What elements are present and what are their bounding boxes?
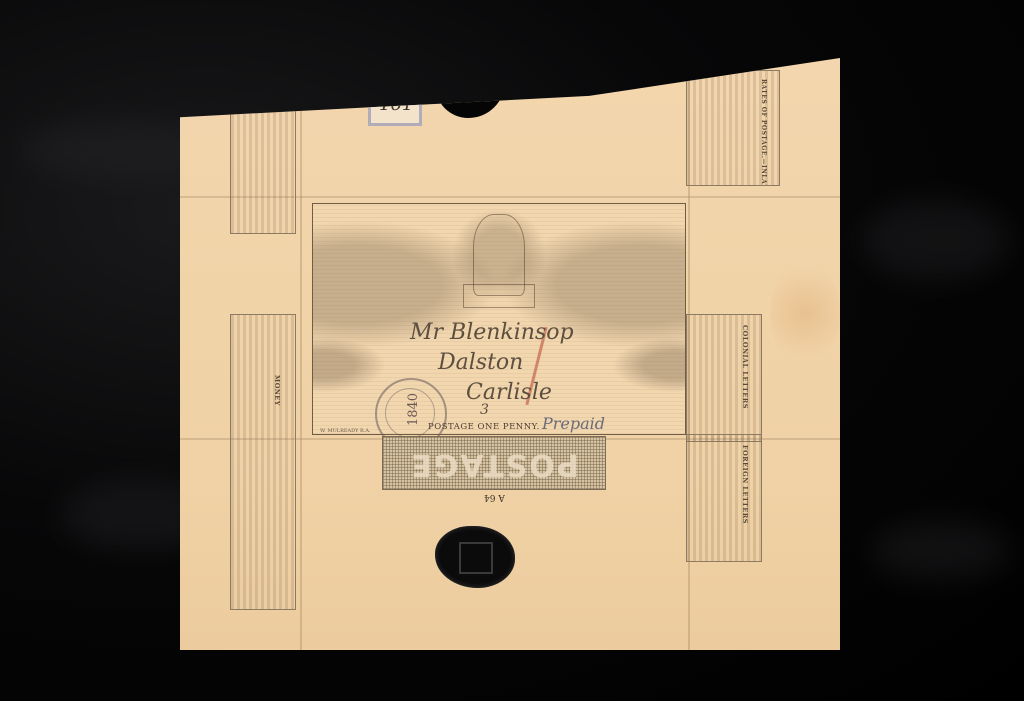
panel-heading: MONEY	[273, 375, 281, 406]
panel-heading: COLONIAL LETTERS	[741, 325, 749, 409]
side-panel-money: MONEY	[230, 314, 296, 610]
catalog-number: 161	[379, 94, 413, 115]
foxing-stain	[770, 258, 840, 368]
catalog-label: 161	[368, 86, 422, 126]
postage-band: POSTAGE	[382, 436, 606, 490]
torn-notch	[435, 48, 505, 118]
side-panel-rates: RATES OF POSTAGE.—INLAND LETTERS	[686, 70, 780, 186]
panel-heading: FOREIGN LETTERS	[741, 445, 749, 524]
address-mark: 3	[480, 402, 489, 418]
panel-heading: PRICES	[252, 99, 283, 107]
postage-word: POSTAGE	[383, 447, 605, 482]
side-panel-foreign: FOREIGN LETTERS	[686, 434, 762, 562]
fold-line	[300, 58, 302, 650]
postmark-text: 1840	[406, 393, 421, 426]
letter-sheet: 161 PRICES MONEY RATES OF POSTAGE.—INLAN…	[180, 58, 840, 650]
velvet-fold	[870, 520, 1010, 580]
velvet-fold	[860, 200, 1010, 280]
plate-number: A 64	[484, 492, 505, 502]
side-panel-colonial: COLONIAL LETTERS	[686, 314, 762, 442]
side-panel-prices: PRICES	[230, 86, 296, 234]
panel-heading: RATES OF POSTAGE.—INLAND LETTERS	[759, 79, 767, 186]
seal-impression	[459, 542, 493, 574]
address-line-3: Carlisle	[466, 380, 552, 405]
pedestal	[463, 284, 535, 308]
prepaid-note: Prepaid	[542, 414, 605, 433]
engraver-signature: W. MULREADY R.A.	[320, 428, 371, 434]
postage-one-penny: POSTAGE ONE PENNY.	[428, 422, 540, 432]
address-line-1: Mr Blenkinsop	[410, 320, 574, 345]
address-line-2: Dalston	[438, 350, 523, 375]
wax-seal	[435, 526, 515, 588]
